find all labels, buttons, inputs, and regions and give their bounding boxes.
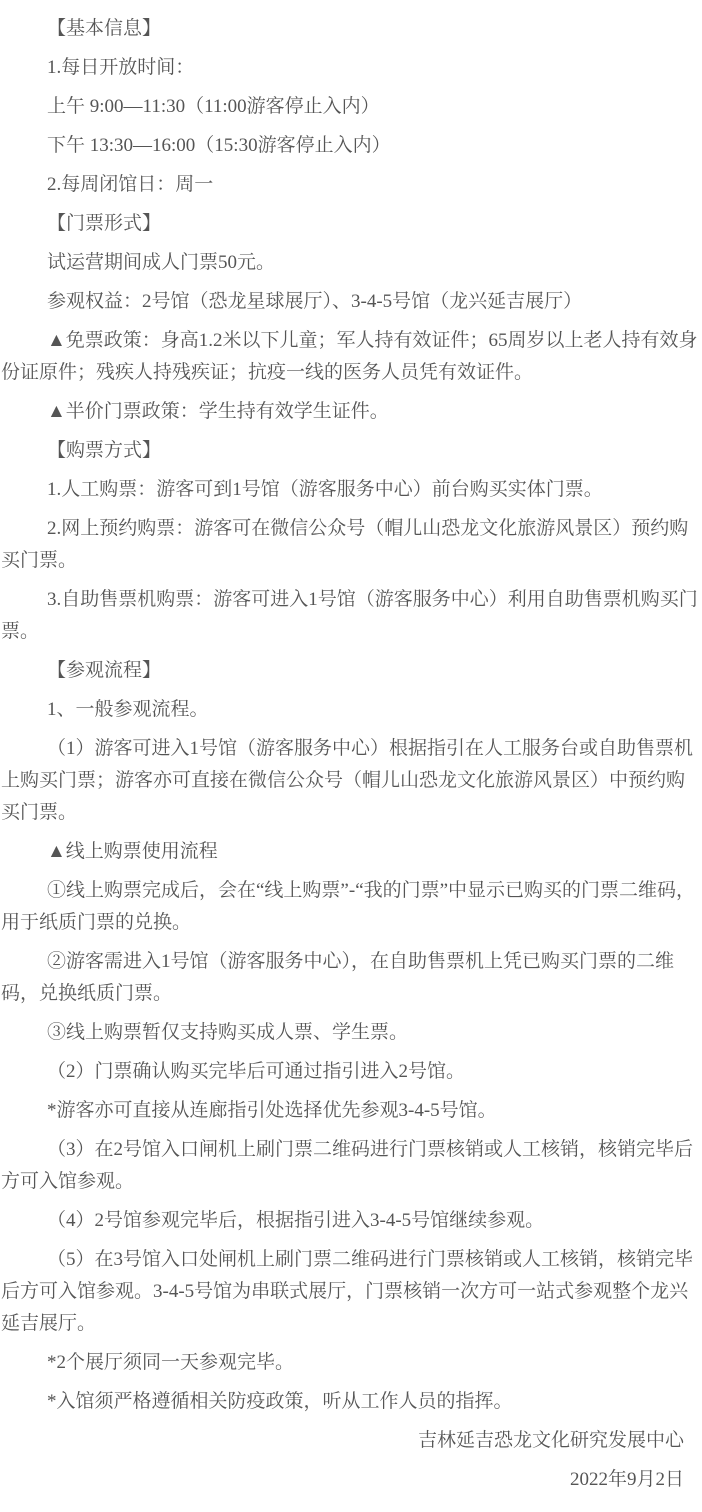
paragraph: *2个展厅须同一天参观完毕。 bbox=[1, 1347, 700, 1379]
section-heading: 【基本信息】 bbox=[1, 13, 700, 45]
paragraph: *游客亦可直接从连廊指引处选择优先参观3-4-5号馆。 bbox=[1, 1095, 700, 1127]
paragraph: ③线上购票暂仅支持购买成人票、学生票。 bbox=[1, 1017, 700, 1049]
paragraph: 下午 13:30—16:00（15:30游客停止入内） bbox=[1, 130, 700, 162]
paragraph: （4）2号馆参观完毕后，根据指引进入3-4-5号馆继续参观。 bbox=[1, 1205, 700, 1237]
paragraph: ①线上购票完成后，会在“线上购票”-“我的门票”中显示已购买的门票二维码，用于纸… bbox=[1, 875, 700, 939]
section-heading: 【购票方式】 bbox=[1, 435, 700, 467]
section-heading: 【参观流程】 bbox=[1, 655, 700, 687]
paragraph: 试运营期间成人门票50元。 bbox=[1, 247, 700, 279]
paragraph: 1.人工购票：游客可到1号馆（游客服务中心）前台购买实体门票。 bbox=[1, 474, 700, 506]
date-line: 2022年9月2日 bbox=[1, 1464, 700, 1496]
paragraph: （2）门票确认购买完毕后可通过指引进入2号馆。 bbox=[1, 1056, 700, 1088]
article-body: 【基本信息】 1.每日开放时间： 上午 9:00—11:30（11:00游客停止… bbox=[0, 0, 702, 1512]
paragraph: ②游客需进入1号馆（游客服务中心），在自助售票机上凭已购买门票的二维码，兑换纸质… bbox=[1, 946, 700, 1010]
paragraph: 参观权益：2号馆（恐龙星球展厅）、3-4-5号馆（龙兴延吉展厅） bbox=[1, 286, 700, 318]
paragraph: ▲半价门票政策：学生持有效学生证件。 bbox=[1, 396, 700, 428]
signature-line: 吉林延吉恐龙文化研究发展中心 bbox=[1, 1425, 700, 1457]
article-page: { "document": { "background": "#ffffff",… bbox=[0, 0, 702, 1512]
paragraph: 1、一般参观流程。 bbox=[1, 694, 700, 726]
paragraph: 上午 9:00—11:30（11:00游客停止入内） bbox=[1, 91, 700, 123]
paragraph: ▲线上购票使用流程 bbox=[1, 836, 700, 868]
paragraph: ▲免票政策：身高1.2米以下儿童；军人持有效证件；65周岁以上老人持有效身份证原… bbox=[1, 325, 700, 389]
section-heading: 【门票形式】 bbox=[1, 208, 700, 240]
paragraph: 1.每日开放时间： bbox=[1, 52, 700, 84]
paragraph: （5）在3号馆入口处闸机上刷门票二维码进行门票核销或人工核销，核销完毕后方可入馆… bbox=[1, 1244, 700, 1340]
paragraph: 2.每周闭馆日：周一 bbox=[1, 169, 700, 201]
paragraph: （3）在2号馆入口闸机上刷门票二维码进行门票核销或人工核销，核销完毕后方可入馆参… bbox=[1, 1134, 700, 1198]
paragraph: *入馆须严格遵循相关防疫政策，听从工作人员的指挥。 bbox=[1, 1386, 700, 1418]
paragraph: （1）游客可进入1号馆（游客服务中心）根据指引在人工服务台或自助售票机上购买门票… bbox=[1, 733, 700, 829]
paragraph: 3.自助售票机购票：游客可进入1号馆（游客服务中心）利用自助售票机购买门票。 bbox=[1, 584, 700, 648]
paragraph: 2.网上预约购票：游客可在微信公众号（帽儿山恐龙文化旅游风景区）预约购买门票。 bbox=[1, 513, 700, 577]
